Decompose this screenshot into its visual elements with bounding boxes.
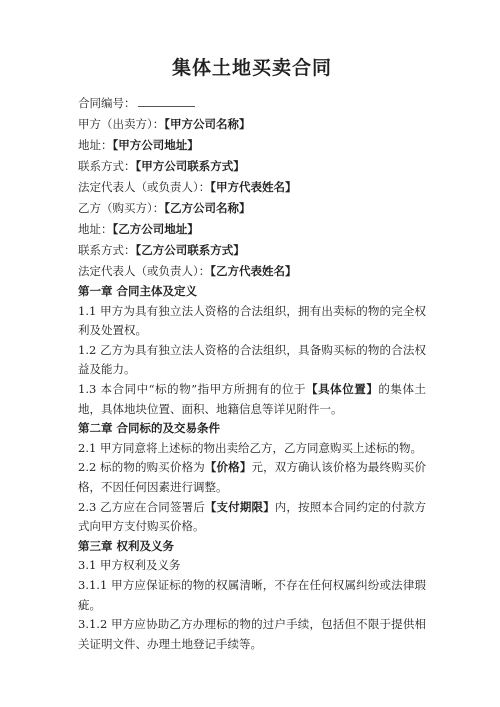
field-placeholder: 【乙方代表姓名】 bbox=[210, 264, 296, 278]
clause-paragraph: 3.1.1 甲方应保证标的物的权属清晰，不存在任何权属纠纷或法律瑕疵。 bbox=[78, 576, 426, 615]
clause-text: 3.1 甲方权利及义务 bbox=[78, 558, 180, 572]
field-label: 甲方（出卖方）： bbox=[78, 117, 164, 131]
field-placeholder: 【乙方公司联系方式】 bbox=[136, 243, 245, 257]
inline-placeholder: 【价格】 bbox=[205, 460, 252, 474]
field-placeholder: 【甲方公司联系方式】 bbox=[136, 159, 245, 173]
clause-paragraph: 2.2 标的物的购买价格为【价格】元，双方确认该价格为最终购买价格，不因任何因素… bbox=[78, 458, 426, 497]
contract-number-line: 合同编号： bbox=[78, 93, 426, 114]
field-label: 地址： bbox=[78, 138, 113, 152]
clause-paragraph: 1.3 本合同中“标的物”指甲方所拥有的位于【具体位置】的集体土地，具体地块位置… bbox=[78, 380, 426, 419]
clause-paragraph: 1.2 乙方为具有独立法人资格的合法组织，具备购买标的物的合法权益及能力。 bbox=[78, 341, 426, 380]
clause-text: 1.1 甲方为具有独立法人资格的合法组织，拥有出卖标的物的完全权利及处置权。 bbox=[78, 304, 426, 338]
clause-text: 3.1.1 甲方应保证标的物的权属清晰，不存在任何权属纠纷或法律瑕疵。 bbox=[78, 578, 426, 612]
document-title: 集体土地买卖合同 bbox=[78, 55, 426, 81]
field-placeholder: 【甲方公司名称】 bbox=[164, 117, 250, 131]
clause-text: 1.2 乙方为具有独立法人资格的合法组织，具备购买标的物的合法权益及能力。 bbox=[78, 343, 426, 377]
field-placeholder: 【乙方公司地址】 bbox=[113, 222, 199, 236]
inline-placeholder: 【支付期限】 bbox=[205, 500, 275, 514]
field-label: 地址： bbox=[78, 222, 113, 236]
chapter-heading: 第一章 合同主体及定义 bbox=[78, 282, 426, 302]
party-info-line: 乙方（购买方）：【乙方公司名称】 bbox=[78, 198, 426, 219]
clause-text: 1.3 本合同中“标的物”指甲方所拥有的位于 bbox=[78, 382, 306, 396]
clause-paragraph: 3.1.2 甲方应协助乙方办理标的物的过户手续，包括但不限于提供相关证明文件、办… bbox=[78, 615, 426, 654]
contract-number-blank bbox=[138, 95, 195, 107]
clause-text: 3.1.2 甲方应协助乙方办理标的物的过户手续，包括但不限于提供相关证明文件、办… bbox=[78, 617, 426, 651]
field-placeholder: 【甲方代表姓名】 bbox=[210, 180, 296, 194]
clause-paragraph: 3.1 甲方权利及义务 bbox=[78, 556, 426, 576]
field-placeholder: 【乙方公司名称】 bbox=[164, 201, 250, 215]
clause-text: 2.3 乙方应在合同签署后 bbox=[78, 500, 205, 514]
document-page: 集体土地买卖合同 合同编号： 甲方（出卖方）：【甲方公司名称】 地址：【甲方公司… bbox=[0, 0, 500, 707]
party-info-line: 地址：【甲方公司地址】 bbox=[78, 135, 426, 156]
chapter-heading: 第二章 合同标的及交易条件 bbox=[78, 419, 426, 439]
party-info-line: 甲方（出卖方）：【甲方公司名称】 bbox=[78, 114, 426, 135]
chapter-heading: 第三章 权利及义务 bbox=[78, 537, 426, 557]
clause-paragraph: 2.3 乙方应在合同签署后【支付期限】内，按照本合同约定的付款方式向甲方支付购买… bbox=[78, 498, 426, 537]
party-info-line: 联系方式：【乙方公司联系方式】 bbox=[78, 240, 426, 261]
party-info-line: 法定代表人（或负责人）：【甲方代表姓名】 bbox=[78, 177, 426, 198]
contract-number-label: 合同编号： bbox=[78, 96, 136, 110]
party-info-line: 地址：【乙方公司地址】 bbox=[78, 219, 426, 240]
field-label: 联系方式： bbox=[78, 243, 136, 257]
party-info-line: 法定代表人（或负责人）：【乙方代表姓名】 bbox=[78, 261, 426, 282]
clause-paragraph: 2.1 甲方同意将上述标的物出卖给乙方，乙方同意购买上述标的物。 bbox=[78, 439, 426, 459]
clause-paragraph: 1.1 甲方为具有独立法人资格的合法组织，拥有出卖标的物的完全权利及处置权。 bbox=[78, 302, 426, 341]
field-label: 法定代表人（或负责人）： bbox=[78, 180, 210, 194]
field-label: 联系方式： bbox=[78, 159, 136, 173]
party-info-line: 联系方式：【甲方公司联系方式】 bbox=[78, 156, 426, 177]
field-label: 法定代表人（或负责人）： bbox=[78, 264, 210, 278]
field-placeholder: 【甲方公司地址】 bbox=[113, 138, 199, 152]
inline-placeholder: 【具体位置】 bbox=[306, 382, 378, 396]
clause-text: 2.1 甲方同意将上述标的物出卖给乙方，乙方同意购买上述标的物。 bbox=[78, 441, 422, 455]
clause-text: 2.2 标的物的购买价格为 bbox=[78, 460, 205, 474]
field-label: 乙方（购买方）： bbox=[78, 201, 164, 215]
